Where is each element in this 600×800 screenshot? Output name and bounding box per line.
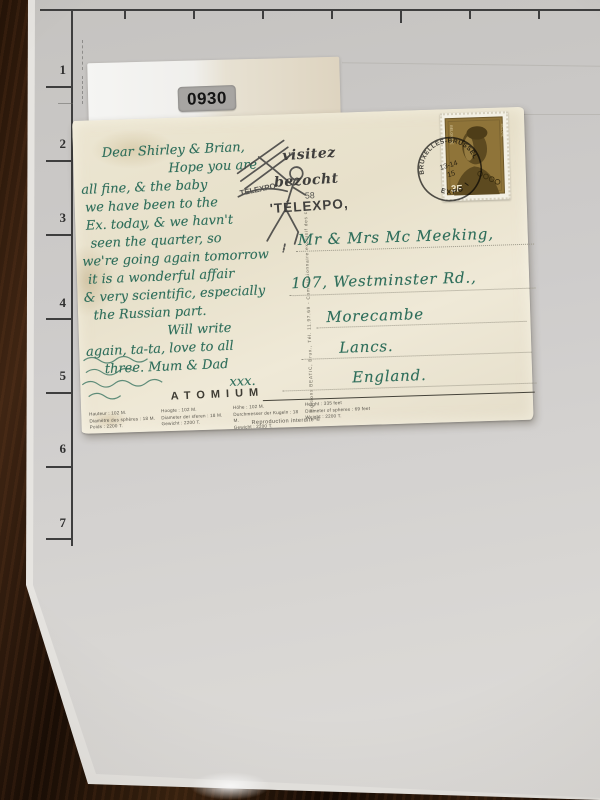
catalog-number: 0930 <box>187 88 228 109</box>
ruler-tick <box>46 86 72 88</box>
svg-text:EXPO I: EXPO I <box>438 179 473 200</box>
cancellation-slogan: visitez bezocht 'TÉLEXPO, <box>265 139 349 222</box>
address-line: 107, Westminster Rd., <box>291 268 477 292</box>
postmark-date: 15 <box>446 168 456 179</box>
address-line: England. <box>352 366 427 386</box>
ruler-tick <box>262 10 264 19</box>
light-glare <box>190 772 270 800</box>
postmark-expo: EXPO I <box>438 179 473 200</box>
ruler-number: 3 <box>48 210 66 226</box>
specs-column-de: Höhe : 102 M. Durchmesser der Kugeln : 1… <box>233 402 301 432</box>
ruler-tick <box>538 10 540 19</box>
ruler-number: 1 <box>48 62 66 78</box>
ruler-tick <box>46 538 72 540</box>
address-line: Lancs. <box>339 337 394 357</box>
ruler-tick <box>469 10 471 19</box>
address-line: Morecambe <box>326 305 424 326</box>
ruler-number: 7 <box>48 515 66 531</box>
photo-stage: 1 2 3 4 5 6 7 0930 Dear Shirley & Brian,… <box>0 0 600 800</box>
catalog-label: 0930 <box>178 85 237 112</box>
ruler-number: 6 <box>48 441 66 457</box>
address-bottom-rule <box>263 392 535 402</box>
ruler-tick <box>400 10 402 23</box>
postcard: Dear Shirley & Brian, Hope you are all f… <box>72 107 534 434</box>
ruler-tick <box>46 318 72 320</box>
pencil-mark <box>82 40 83 70</box>
ruler-tick <box>331 10 333 19</box>
ruler-number: 4 <box>48 295 66 311</box>
specs-column-nl: Hoogte : 102 M. Diameter der sferen : 18… <box>161 405 229 435</box>
pencil-mark <box>58 103 73 104</box>
ruler-tick <box>46 466 72 468</box>
pencil-mark <box>82 76 83 104</box>
ruler-tick <box>46 160 72 162</box>
stamp-country-right: BELGIË <box>500 124 504 138</box>
address-guide-line <box>302 352 532 360</box>
ruler-tick <box>124 10 126 19</box>
ruler-tick <box>46 392 72 394</box>
ruler-tick <box>193 10 195 19</box>
ruler-number: 2 <box>48 136 66 152</box>
slogan-line: 'TÉLEXPO, <box>269 191 350 222</box>
ruler-number: 5 <box>48 368 66 384</box>
ruler-tick <box>46 234 72 236</box>
paper-edge-line <box>524 114 600 115</box>
specs-column-en: Height : 335 feet Diameter of spheres : … <box>305 399 373 429</box>
specs-column-fr: Hauteur : 102 M. Diamètre des sphères : … <box>89 409 157 439</box>
